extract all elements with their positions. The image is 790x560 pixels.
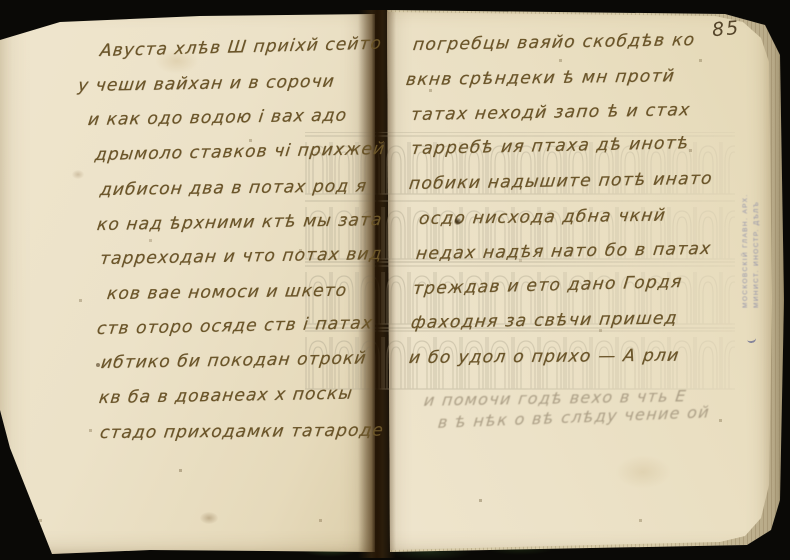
manuscript-text-line-left: стадо приходамки татароде: [99, 420, 386, 443]
archive-stamp-line-1: МОСКОВСКІЙ ГЛАВН. АРХ.: [742, 184, 749, 308]
ink-blot: [454, 218, 461, 225]
manuscript-text-line-right: вкнв срѣндеки ѣ мн протй: [405, 66, 677, 90]
paper-stain: [155, 48, 199, 74]
manuscript-text-line-left: дибисон два в потах род я: [99, 176, 369, 200]
manuscript-photo: 85 МОСКОВСКІЙ ГЛАВН. АРХ. МИНИСТ. ИНОСТР…: [0, 0, 790, 560]
paper-stain: [615, 455, 671, 489]
binding-gutter-shadow: [358, 10, 396, 558]
manuscript-text-line-right: и бо удол о прихо — А рли: [408, 346, 681, 368]
paper-stain: [72, 170, 84, 179]
paper-stain: [200, 512, 218, 524]
manuscript-text-line-left: ков вае номоси и шкето: [106, 281, 349, 304]
archive-stamp-line-2: МИНИСТ. ИНОСТР. ДѢЛЪ: [753, 184, 760, 308]
ink-blot: [96, 363, 100, 367]
folio-page-number: 85: [711, 17, 741, 41]
manuscript-text-line-left: у чеши вайхан и в сорочи: [77, 71, 336, 96]
archive-stamp: МОСКОВСКІЙ ГЛАВН. АРХ. МИНИСТ. ИНОСТР. Д…: [742, 184, 766, 308]
paper-speckles: [0, 0, 1, 1]
